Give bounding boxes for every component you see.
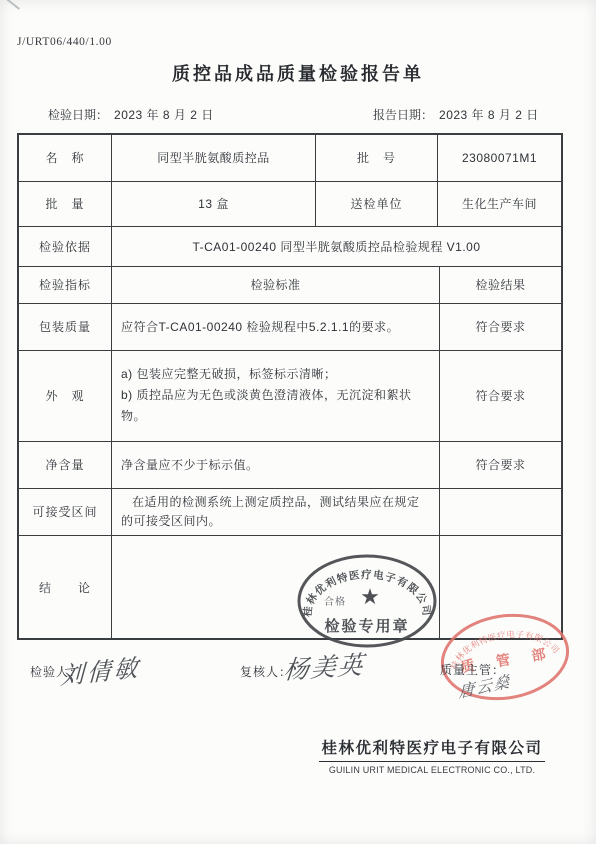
lot-value: 23080071M1	[438, 135, 561, 181]
header-result: 检验结果	[440, 267, 561, 304]
appearance-standard-a: a) 包装应完整无破损，标签标示清晰；	[121, 364, 431, 385]
reviewer-signature: 杨美英	[282, 645, 367, 687]
table-row-name: 名 称 同型半胱氨酸质控品 批 号 23080071M1	[19, 135, 561, 182]
report-date-label: 报告日期：	[373, 108, 433, 122]
table-row-conclusion: 结 论	[19, 536, 561, 638]
conclusion-result	[440, 536, 561, 638]
batch-value: 13 盒	[112, 182, 316, 227]
submitter-label: 送检单位	[316, 182, 438, 227]
batch-label: 批 量	[19, 182, 112, 227]
company-name-en: GUILIN URIT MEDICAL ELECTRONIC CO., LTD.	[299, 765, 565, 775]
acceptable-range-label: 可接受区间	[19, 489, 112, 536]
inspection-date: 检验日期：2023 年 8 月 2 日	[48, 106, 214, 123]
report-date: 报告日期：2023 年 8 月 2 日	[373, 106, 539, 123]
inspection-date-value: 2023 年 8 月 2 日	[114, 108, 214, 122]
conclusion-label: 结 论	[19, 536, 112, 638]
company-name-cn: 桂林优利特医疗电子有限公司	[319, 736, 544, 762]
header-indicator: 检验指标	[19, 267, 112, 304]
appearance-standard: a) 包装应完整无破损，标签标示清晰； b) 质控品应为无色或淡黄色澄清液体，无…	[112, 351, 440, 442]
packaging-standard: 应符合T-CA01-00240 检验规程中5.2.1.1的要求。	[112, 304, 440, 350]
conclusion-value	[112, 536, 440, 638]
net-content-label: 净含量	[19, 442, 112, 488]
acceptable-range-result	[440, 489, 561, 536]
table-row-packaging: 包装质量 应符合T-CA01-00240 检验规程中5.2.1.1的要求。 符合…	[19, 304, 561, 351]
basis-value: T-CA01-00240 同型半胱氨酸质控品检验规程 V1.00	[112, 227, 561, 266]
document-code: J/URT06/440/1.00	[17, 36, 112, 48]
appearance-result: 符合要求	[440, 351, 561, 442]
report-page: J/URT06/440/1.00 质控品成品质量检验报告单 检验日期：2023 …	[0, 0, 596, 844]
net-content-result: 符合要求	[440, 442, 561, 488]
submitter-value: 生化生产车间	[438, 182, 561, 227]
acceptable-range-standard: 在适用的检测系统上测定质控品，测试结果应在规定的可接受区间内。	[112, 489, 440, 536]
packaging-label: 包装质量	[19, 304, 112, 350]
basis-label: 检验依据	[19, 227, 112, 266]
lot-label: 批 号	[316, 135, 438, 181]
table-row-appearance: 外 观 a) 包装应完整无破损，标签标示清晰； b) 质控品应为无色或淡黄色澄清…	[19, 351, 561, 443]
page-title: 质控品成品质量检验报告单	[0, 60, 596, 86]
table-row-net-content: 净含量 净含量应不少于标示值。 符合要求	[19, 442, 561, 489]
table-row-acceptable-range: 可接受区间 在适用的检测系统上测定质控品，测试结果应在规定的可接受区间内。	[19, 489, 561, 537]
footer-company-block: 桂林优利特医疗电子有限公司 GUILIN URIT MEDICAL ELECTR…	[299, 736, 565, 775]
table-row-header: 检验指标 检验标准 检验结果	[19, 267, 561, 305]
name-value: 同型半胱氨酸质控品	[112, 135, 316, 181]
table-row-batch: 批 量 13 盒 送检单位 生化生产车间	[19, 182, 561, 228]
inspector-signature: 刘倩敏	[60, 648, 142, 692]
scan-artifact	[6, 0, 20, 10]
table-row-basis: 检验依据 T-CA01-00240 同型半胱氨酸质控品检验规程 V1.00	[19, 227, 561, 267]
packaging-result: 符合要求	[440, 304, 561, 350]
inspection-date-label: 检验日期：	[48, 108, 108, 122]
name-label: 名 称	[19, 135, 112, 181]
appearance-label: 外 观	[19, 351, 112, 442]
acceptable-range-text: 在适用的检测系统上测定质控品，测试结果应在规定的可接受区间内。	[121, 493, 431, 531]
report-date-value: 2023 年 8 月 2 日	[439, 108, 539, 122]
header-standard: 检验标准	[112, 267, 440, 304]
inspection-table: 名 称 同型半胱氨酸质控品 批 号 23080071M1 批 量 13 盒 送检…	[17, 133, 563, 640]
net-content-standard: 净含量应不少于标示值。	[112, 442, 440, 488]
appearance-standard-b: b) 质控品应为无色或淡黄色澄清液体，无沉淀和絮状物。	[121, 385, 431, 427]
